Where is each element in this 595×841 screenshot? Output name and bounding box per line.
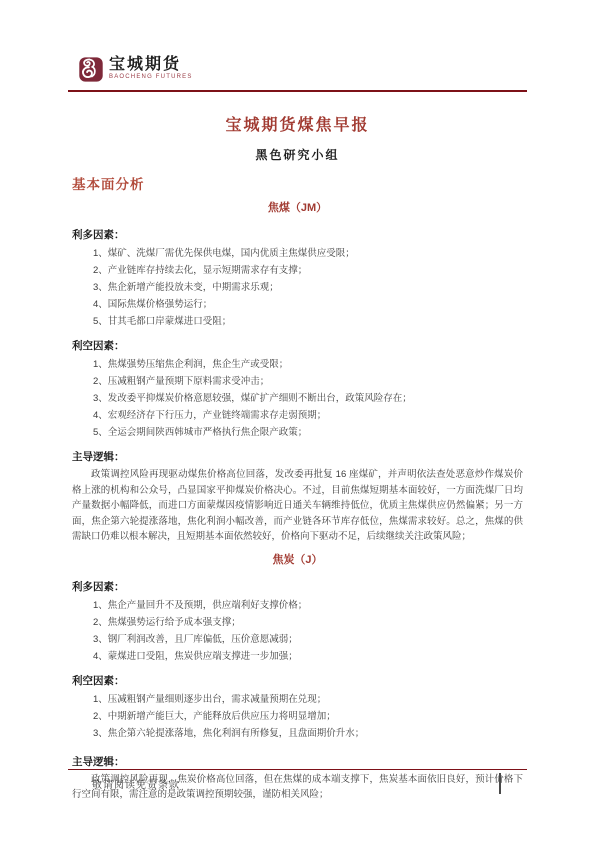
page-footer: 敬请阅读免责条款	[68, 769, 527, 791]
list-item: 2、中期新增产能巨大，产能释放后供应压力将明显增加；	[93, 708, 523, 725]
list-item: 4、宏观经济存下行压力，产业链终端需求存走弱预期；	[93, 407, 523, 424]
brand-name-cn: 宝城期货	[109, 56, 193, 72]
list-item: 4、国际焦煤价格强势运行；	[93, 296, 523, 313]
report-page: 宝城期货 BAOCHENG FUTURES 宝城期货煤焦早报 黑色研究小组 基本…	[0, 0, 595, 841]
baocheng-b-swirl-icon	[78, 56, 104, 83]
bullish-label: 利多因素：	[72, 227, 523, 242]
bearish-list: 1、压减粗钢产量细则逐步出台，需求减量预期在兑现； 2、中期新增产能巨大，产能释…	[72, 691, 523, 742]
report-title: 宝城期货煤焦早报	[72, 112, 523, 135]
section-j: 焦炭（J） 利多因素： 1、焦企产量回升不及预期，供应端利好支撑价格； 2、焦煤…	[72, 551, 523, 803]
list-item: 1、压减粗钢产量细则逐步出台，需求减量预期在兑现；	[93, 691, 523, 708]
bearish-label: 利空因素：	[72, 673, 523, 688]
footer-page-marker	[499, 773, 501, 794]
list-item: 3、钢厂利润改善，且厂库偏低，压价意愿减弱；	[93, 631, 523, 648]
disclaimer-note: 敬请阅读免责条款	[92, 776, 527, 791]
header-divider	[68, 90, 527, 92]
bullish-label: 利多因素：	[72, 579, 523, 594]
list-item: 2、压减粗钢产量预期下原料需求受冲击；	[93, 373, 523, 390]
logic-paragraph: 政策调控风险再现驱动煤焦价格高位回落，发改委再批复 16 座煤矿，并声明依法查处…	[72, 467, 523, 545]
list-item: 5、全运会期间陕西韩城市严格执行焦企限产政策；	[93, 424, 523, 441]
section-title: 焦煤（JM）	[72, 199, 523, 215]
research-team: 黑色研究小组	[72, 146, 523, 163]
section-jm: 焦煤（JM） 利多因素： 1、煤矿、洗煤厂需优先保供电煤，国内优质主焦煤供应受限…	[72, 199, 523, 545]
analysis-heading: 基本面分析	[72, 173, 523, 193]
list-item: 3、发改委平抑煤炭价格意愿较强，煤矿扩产细则不断出台，政策风险存在；	[93, 390, 523, 407]
brand-name-en: BAOCHENG FUTURES	[109, 74, 193, 80]
bullish-list: 1、焦企产量回升不及预期，供应端利好支撑价格； 2、焦煤强势运行给予成本强支撑；…	[72, 597, 523, 665]
logic-label: 主导逻辑：	[72, 449, 523, 464]
list-item: 5、甘其毛都口岸蒙煤进口受阻；	[93, 313, 523, 330]
list-item: 1、焦煤强势压缩焦企利润，焦企生产或受限；	[93, 356, 523, 373]
bullish-list: 1、煤矿、洗煤厂需优先保供电煤，国内优质主焦煤供应受限； 2、产业链库存持续去化…	[72, 245, 523, 330]
list-item: 1、煤矿、洗煤厂需优先保供电煤，国内优质主焦煤供应受限；	[93, 245, 523, 262]
logic-label: 主导逻辑：	[72, 754, 523, 769]
list-item: 3、焦企第六轮提涨落地，焦化利润有所修复，且盘面期价升水；	[93, 725, 523, 742]
section-title: 焦炭（J）	[72, 551, 523, 567]
list-item: 1、焦企产量回升不及预期，供应端利好支撑价格；	[93, 597, 523, 614]
list-item: 4、蒙煤进口受阻，焦炭供应端支撑进一步加强；	[93, 648, 523, 665]
list-item: 2、焦煤强势运行给予成本强支撑；	[93, 614, 523, 631]
list-item: 3、焦企新增产能投放未变，中期需求乐观；	[93, 279, 523, 296]
brand-header: 宝城期货 BAOCHENG FUTURES	[78, 56, 523, 88]
list-item: 2、产业链库存持续去化，显示短期需求存有支撑；	[93, 262, 523, 279]
bearish-label: 利空因素：	[72, 338, 523, 353]
bearish-list: 1、焦煤强势压缩焦企利润，焦企生产或受限； 2、压减粗钢产量预期下原料需求受冲击…	[72, 356, 523, 441]
brand-text: 宝城期货 BAOCHENG FUTURES	[109, 56, 193, 80]
